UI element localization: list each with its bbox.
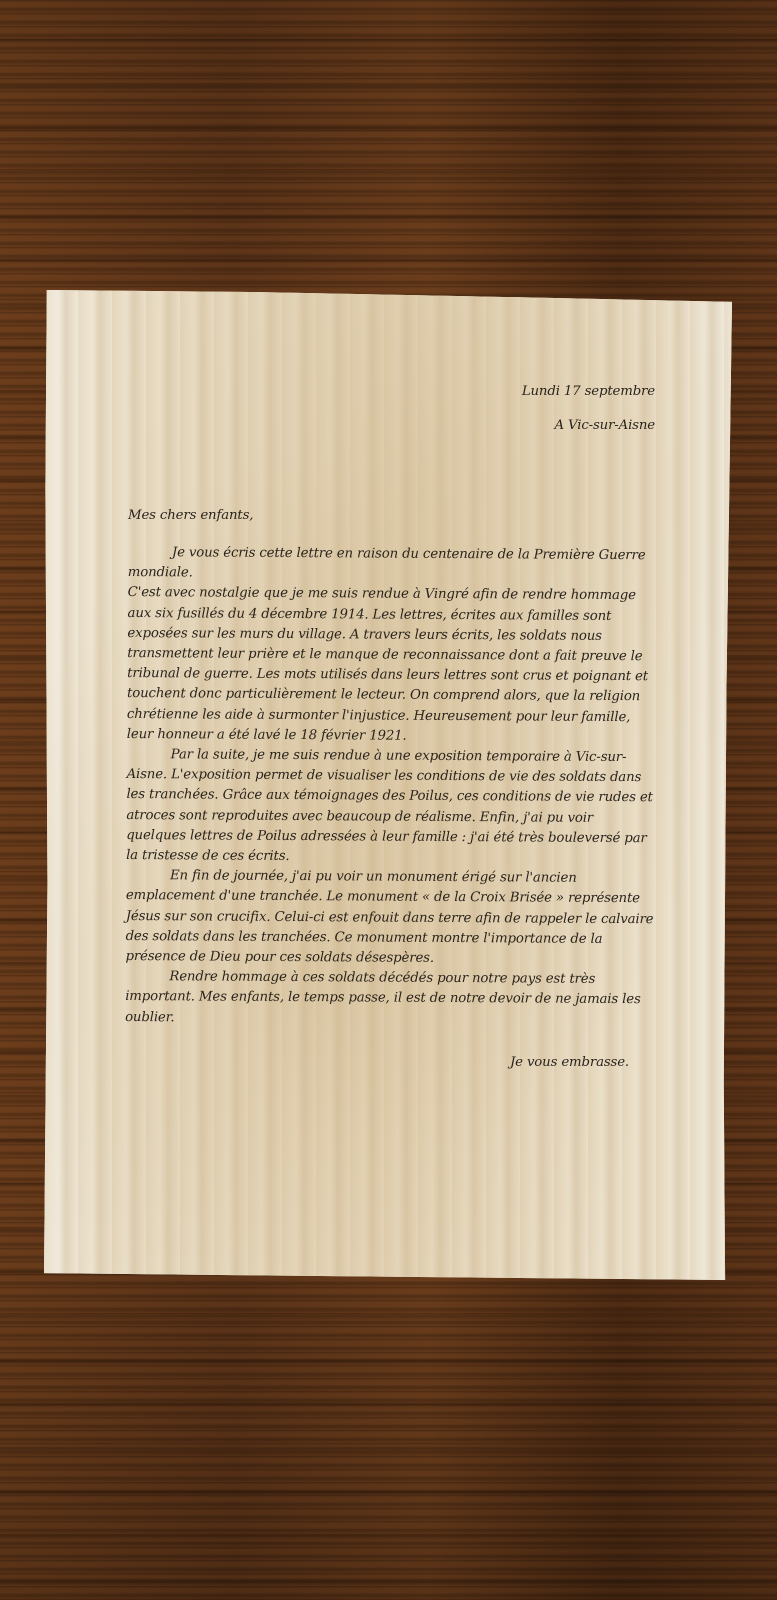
letter-closing: Je vous embrasse. (510, 1055, 629, 1070)
letter-paragraph: Par la suite, je me suis rendue à une ex… (126, 745, 657, 869)
letter-date: Lundi 17 septembre (522, 384, 655, 399)
letter-place: A Vic-sur-Aisne (555, 418, 656, 433)
letter-paragraph: En fin de journée, j'ai pu voir un monum… (125, 866, 656, 970)
letter-body: Je vous écris cette lettre en raison du … (125, 543, 658, 1031)
letter-paragraph: Je vous écris cette lettre en raison du … (128, 543, 658, 587)
letter-paragraph: Rendre hommage à ces soldats décédés pou… (125, 967, 655, 1031)
letter-paragraph: C'est avec nostalgie que je me suis rend… (127, 583, 658, 748)
letter-salutation: Mes chers enfants, (128, 508, 253, 523)
